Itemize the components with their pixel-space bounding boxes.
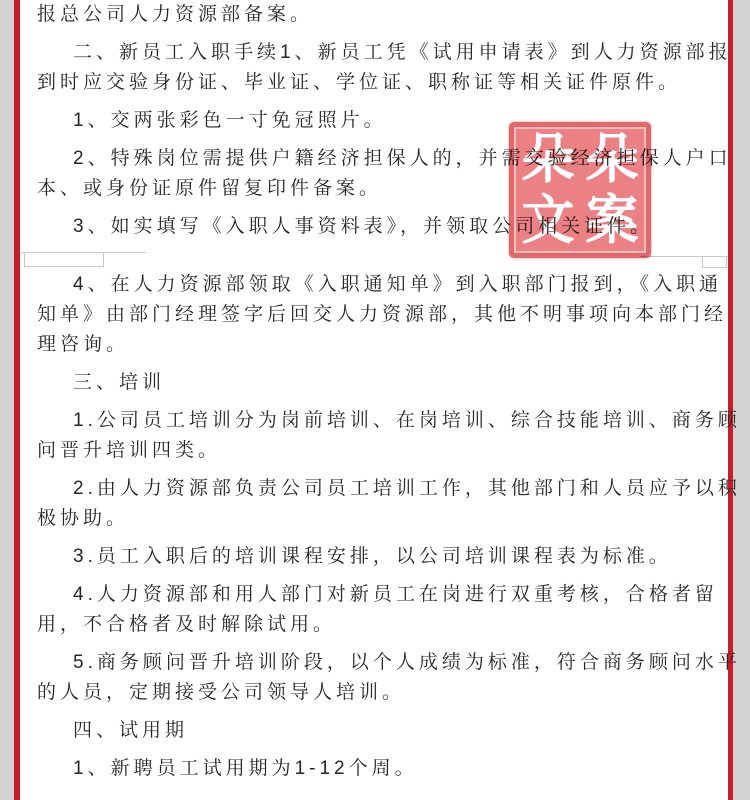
paragraph: 1.公司员工培训分为岗前培训、在岗培训、综合技能培训、商务顾问晋升培训四类。: [37, 406, 743, 466]
paragraph: 3.员工入职后的培训课程安排，以公司培训课程表为标准。: [37, 542, 743, 572]
paragraph: 报总公司人力资源部备案。: [37, 0, 743, 30]
watermark-stamp: 朵 朵 文 案: [509, 122, 651, 258]
stamp-char: 朵: [522, 133, 575, 186]
paragraph: 4.人力资源部和用人部门对新员工在岗进行双重考核，合格者留用，不合格者及时解除试…: [37, 580, 743, 640]
paragraph: 四、试用期: [37, 716, 743, 746]
stamp-char: 案: [586, 194, 639, 247]
stamp-char: 朵: [586, 133, 639, 186]
document-body: 报总公司人力资源部备案。二、新员工入职手续1、新员工凭《试用申请表》到人力资源部…: [37, 0, 743, 784]
document-canvas: 报总公司人力资源部备案。二、新员工入职手续1、新员工凭《试用申请表》到人力资源部…: [0, 0, 750, 800]
paragraph: 1、新聘员工试用期为1-12个周。: [37, 754, 743, 784]
paragraph: 5.商务顾问晋升培训阶段，以个人成绩为标准，符合商务顾问水平的人员，定期接受公司…: [37, 648, 743, 708]
paragraph: 2.由人力资源部负责公司员工培训工作，其他部门和人员应予以积极协助。: [37, 474, 743, 534]
page-edge-rule-left: [14, 0, 20, 800]
paragraph: 4、在人力资源部领取《入职通知单》到入职部门报到，《入职通知单》由部门经理签字后…: [37, 270, 743, 360]
paragraph: 二、新员工入职手续1、新员工凭《试用申请表》到人力资源部报到时应交验身份证、毕业…: [37, 38, 743, 98]
paragraph: 三、培训: [37, 368, 743, 398]
stamp-char: 文: [522, 194, 575, 247]
